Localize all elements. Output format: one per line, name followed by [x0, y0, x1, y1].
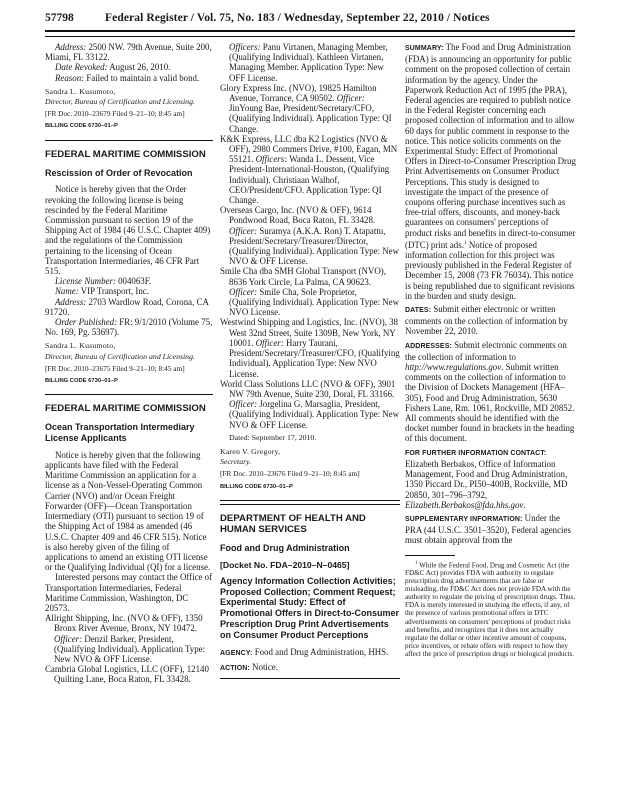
- name-label: Name:: [55, 286, 79, 296]
- applicant-details: Cambria Global Logistics, LLC (OFF), 121…: [45, 664, 209, 684]
- contact-label: FOR FURTHER INFORMATION CONTACT:: [405, 450, 546, 457]
- department-heading: DEPARTMENT OF HEALTH AND HUMAN SERVICES: [220, 513, 400, 535]
- fr-doc-line: [FR Doc. 2010–23675 Filed 9–21–10; 8:45 …: [45, 364, 213, 374]
- running-title: Federal Register / Vol. 75, No. 183 / We…: [105, 12, 490, 24]
- header-rule: [45, 30, 575, 37]
- section-divider: [45, 394, 213, 395]
- signer-title: Secretary.: [220, 457, 400, 467]
- applicant-officer: JinYoung Bae, President/Secretary/CFO, (…: [229, 103, 392, 133]
- column-1: Address: 2500 NW. 79th Avenue, Suite 200…: [45, 42, 213, 685]
- applicants-notice: FEDERAL MARITIME COMMISSION Ocean Transp…: [45, 403, 213, 684]
- billing-code: BILLING CODE 6730–01–P: [45, 376, 213, 386]
- section-divider: [220, 678, 400, 679]
- prior-notice-tail: Address: 2500 NW. 79th Avenue, Suite 200…: [45, 42, 213, 132]
- officer-label: Officer:: [229, 226, 257, 236]
- notice-subject: Ocean Transportation Intermediary Licens…: [45, 422, 213, 444]
- applicant-entry: K&K Express, LLC dba K2 Logistics (NVO &…: [220, 134, 400, 205]
- applicant-entry-continued: Officers: Panu Virtanen, Managing Member…: [220, 42, 400, 83]
- order-published-label: Order Published:: [55, 317, 117, 327]
- applicant-details: World Class Solutions LLC (NVO & OFF), 3…: [220, 379, 395, 399]
- agency-heading: FEDERAL MARITIME COMMISSION: [45, 403, 213, 414]
- docket-number: [Docket No. FDA–2010–N–0465]: [220, 560, 400, 570]
- footnote-text: While the Federal Food, Drug and Cosmeti…: [405, 561, 575, 658]
- agency-heading: FEDERAL MARITIME COMMISSION: [45, 149, 213, 160]
- dates-label: DATES:: [405, 307, 431, 314]
- footnote-divider: [405, 555, 455, 556]
- notice-body: Notice is hereby given that the Order re…: [45, 184, 213, 276]
- signer-title: Director, Bureau of Certification and Li…: [45, 352, 213, 362]
- date-revoked-value: August 26, 2010.: [107, 62, 170, 72]
- signer-name: Sandra L. Kusumoto,: [45, 87, 213, 97]
- applicant-details: Overseas Cargo, Inc. (NVO & OFF), 9614 P…: [220, 205, 375, 225]
- billing-code: BILLING CODE 6730–01–P: [220, 482, 400, 492]
- footnote: 1 While the Federal Food, Drug and Cosme…: [405, 560, 577, 658]
- dated-line: Dated: September 17, 2010.: [220, 433, 400, 443]
- contact-end: .: [523, 500, 525, 510]
- action-label: ACTION:: [220, 665, 250, 672]
- agency-label: AGENCY:: [220, 650, 252, 657]
- rescission-notice: FEDERAL MARITIME COMMISSION Rescission o…: [45, 149, 213, 387]
- notice-subject: Rescission of Order of Revocation: [45, 168, 213, 179]
- signer-name: Karen V. Gregory,: [220, 447, 400, 457]
- signer-name: Sandra L. Kusumoto,: [45, 341, 213, 351]
- section-divider: [45, 140, 213, 141]
- applicant-entry: Overseas Cargo, Inc. (NVO & OFF), 9614 P…: [220, 205, 400, 266]
- officer-label: Officer:: [337, 93, 365, 103]
- date-revoked-label: Date Revoked:: [55, 62, 107, 72]
- column-3: SUMMARY: The Food and Drug Administratio…: [405, 42, 577, 658]
- signer-title: Director, Bureau of Certification and Li…: [45, 97, 213, 107]
- double-section-divider: [220, 500, 400, 505]
- applicant-details: Smile Cha dba SMH Global Transport (NVO)…: [220, 266, 386, 286]
- officer-label: Officer:: [54, 634, 82, 644]
- page-header: 57798 Federal Register / Vol. 75, No. 18…: [45, 12, 575, 28]
- regulations-gov-link[interactable]: http://www.regulations.gov: [405, 362, 501, 372]
- summary-text: The Food and Drug Administration (FDA) i…: [405, 42, 576, 250]
- addresses-text-continued: . Submit written comments on the collect…: [405, 362, 574, 443]
- hhs-notice-heading: DEPARTMENT OF HEALTH AND HUMAN SERVICES …: [220, 513, 400, 679]
- license-label: License Number:: [55, 276, 116, 286]
- contact-text: Elizabeth Berbakos, Office of Informatio…: [405, 459, 567, 500]
- address-label: Address:: [55, 42, 86, 52]
- reason-value: Failed to maintain a valid bond.: [84, 73, 199, 83]
- notice-contact: Interested persons may contact the Offic…: [45, 572, 213, 613]
- sub-agency-heading: Food and Drug Administration: [220, 543, 400, 554]
- applicant-entry: Cambria Global Logistics, LLC (OFF), 121…: [45, 664, 213, 684]
- addresses-label: ADDRESSES:: [405, 343, 452, 350]
- officer-label: Officer:: [256, 338, 284, 348]
- supplementary-label: SUPPLEMENTARY INFORMATION:: [405, 516, 522, 523]
- applicant-entry: Glory Express Inc. (NVO), 19825 Hamilton…: [220, 83, 400, 134]
- agency-value: Food and Drug Administration, HHS.: [252, 647, 388, 657]
- action-value: Notice.: [250, 662, 278, 672]
- officer-label: Officers:: [256, 154, 288, 164]
- applicant-entry: World Class Solutions LLC (NVO & OFF), 3…: [220, 379, 400, 430]
- notice-body: Notice is hereby given that the followin…: [45, 450, 213, 572]
- contact-email-link[interactable]: Elizabeth.Berbakos@fda.hhs.gov: [405, 500, 523, 510]
- applicant-entry: Allright Shipping, Inc. (NVO & OFF), 135…: [45, 613, 213, 664]
- license-value: 004063F.: [116, 276, 151, 286]
- applicant-entry: Smile Cha dba SMH Global Transport (NVO)…: [220, 266, 400, 317]
- officer-label: Officers:: [229, 42, 261, 52]
- officer-label: Officer:: [229, 287, 257, 297]
- fr-doc-line: [FR Doc. 2010–23676 Filed 9–21–10; 8:45 …: [220, 469, 400, 479]
- fr-doc-line: [FR Doc. 2010–23679 Filed 9–21–10; 8:45 …: [45, 109, 213, 119]
- notice-title: Agency Information Collection Activities…: [220, 576, 400, 641]
- reason-label: Reason:: [55, 73, 84, 83]
- summary-label: SUMMARY:: [405, 45, 444, 52]
- page-number: 57798: [45, 12, 74, 24]
- name-value: VIP Transport, Inc.: [79, 286, 149, 296]
- applicant-entry: Westwind Shipping and Logistics, Inc. (N…: [220, 317, 400, 378]
- address-label: Address:: [55, 297, 86, 307]
- applicant-details: Allright Shipping, Inc. (NVO & OFF), 135…: [45, 613, 203, 633]
- officer-label: Officer:: [229, 399, 257, 409]
- column-2: Officers: Panu Virtanen, Managing Member…: [220, 42, 400, 687]
- billing-code: BILLING CODE 6730–01–P: [45, 121, 213, 131]
